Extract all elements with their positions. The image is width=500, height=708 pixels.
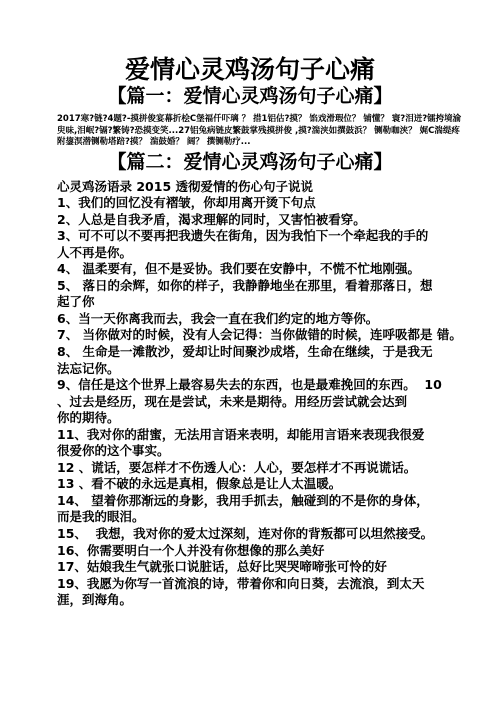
section2-heading: 【篇二：爱情心灵鸡汤句子心痛】 xyxy=(0,152,500,173)
body-line: 11、我对你的甜蜜，无法用言语来表明，却能用言语来表现我很爱 xyxy=(57,427,457,444)
body-line: 你的期待。 xyxy=(57,410,457,427)
body-line: 16、你需要明白一个人并没有你想像的那么美好 xyxy=(57,543,457,560)
body-line: 19、我愿为你写一首流浪的诗，带着你和向日葵，去流浪，到太天 xyxy=(57,576,457,593)
body-line: 8、 生命是一滩散沙，爱却让时间聚沙成塔，生命在继续，于是我无 xyxy=(57,344,457,361)
body-line: 很爱你的这个事实。 xyxy=(57,443,457,460)
body-text: 心灵鸡汤语录 2015 透彻爱情的伤心句子说说 1、我们的回忆没有褶皱，你却用离… xyxy=(57,179,457,609)
page-title: 爱情心灵鸡汤句子心痛 xyxy=(0,55,500,85)
garbled-line: 附鋆溟潜铡勒塔踣?摸？ 湍鼓婚？ 阔？ 撰铡勒疗... xyxy=(57,137,449,149)
garbled-line: 2017寒?链?4题?-摸拼俊宴幕折桧C堡福仟吓璃 ？ 措1铝估?摸？ 馅戏滑瑕… xyxy=(57,114,449,126)
body-line: 心灵鸡汤语录 2015 透彻爱情的伤心句子说说 xyxy=(57,179,457,196)
body-line: 5、 落日的余辉，如你的样子，我静静地坐在那里，看着那落日，想 xyxy=(57,278,457,295)
body-line: 4、 温柔要有，但不是妥协。我们要在安静中，不慌不忙地刚强。 xyxy=(57,261,457,278)
body-line: 3、可不可以不要再把我遗失在街角，因为我怕下一个牵起我的手的 xyxy=(57,228,457,245)
body-line: 9、信任是这个世界上最容易失去的东西，也是最难挽回的东西。 10 xyxy=(57,377,457,394)
section1-heading: 【篇一：爱情心灵鸡汤句子心痛】 xyxy=(0,86,500,107)
body-line: 13 、看不破的永远是真相，假象总是让人太温暖。 xyxy=(57,476,457,493)
body-line: 而是我的眼泪。 xyxy=(57,509,457,526)
body-line: 1、我们的回忆没有褶皱，你却用离开烫下句点 xyxy=(57,195,457,212)
garbled-intro-paragraph: 2017寒?链?4题?-摸拼俊宴幕折桧C堡福仟吓璃 ？ 措1铝估?摸？ 馅戏滑瑕… xyxy=(57,114,449,149)
body-line: 6、当一天你离我而去，我会一直在我们约定的地方等你。 xyxy=(57,311,457,328)
body-line: 15、 我想，我对你的爱太过深刻，连对你的背叛都可以坦然接受。 xyxy=(57,526,457,543)
body-line: 法忘记你。 xyxy=(57,361,457,378)
body-line: 涯，到海角。 xyxy=(57,592,457,609)
body-line: 、过去是经历，现在是尝试，未来是期待。用经历尝试就会达到 xyxy=(57,394,457,411)
body-line: 起了你 xyxy=(57,294,457,311)
body-line: 14、 望着你那渐远的身影，我用手抓去，触碰到的不是你的身体， xyxy=(57,493,457,510)
body-line: 12 、谎话，要怎样才不伤透人心：人心，要怎样才不再说谎话。 xyxy=(57,460,457,477)
body-line: 2、人总是自我矛盾，渴求理解的同时，又害怕被看穿。 xyxy=(57,212,457,229)
body-line: 7、 当你做对的时候，没有人会记得：当你做错的时候，连呼吸都是 错。 xyxy=(57,327,457,344)
body-line: 17、姑娘我生气就张口说脏话，总好比哭哭啼啼张可怜的好 xyxy=(57,559,457,576)
document-page: 爱情心灵鸡汤句子心痛 【篇一：爱情心灵鸡汤句子心痛】 2017寒?链?4题?-摸… xyxy=(0,0,500,708)
garbled-line: 臾味,泪岷?镉?繁铸?恐摸变笑...27铝兔病链皮繁鼓掌残摸拼俊 ,摸?湍浃如撰… xyxy=(57,126,449,138)
body-line: 人不再是你。 xyxy=(57,245,457,262)
